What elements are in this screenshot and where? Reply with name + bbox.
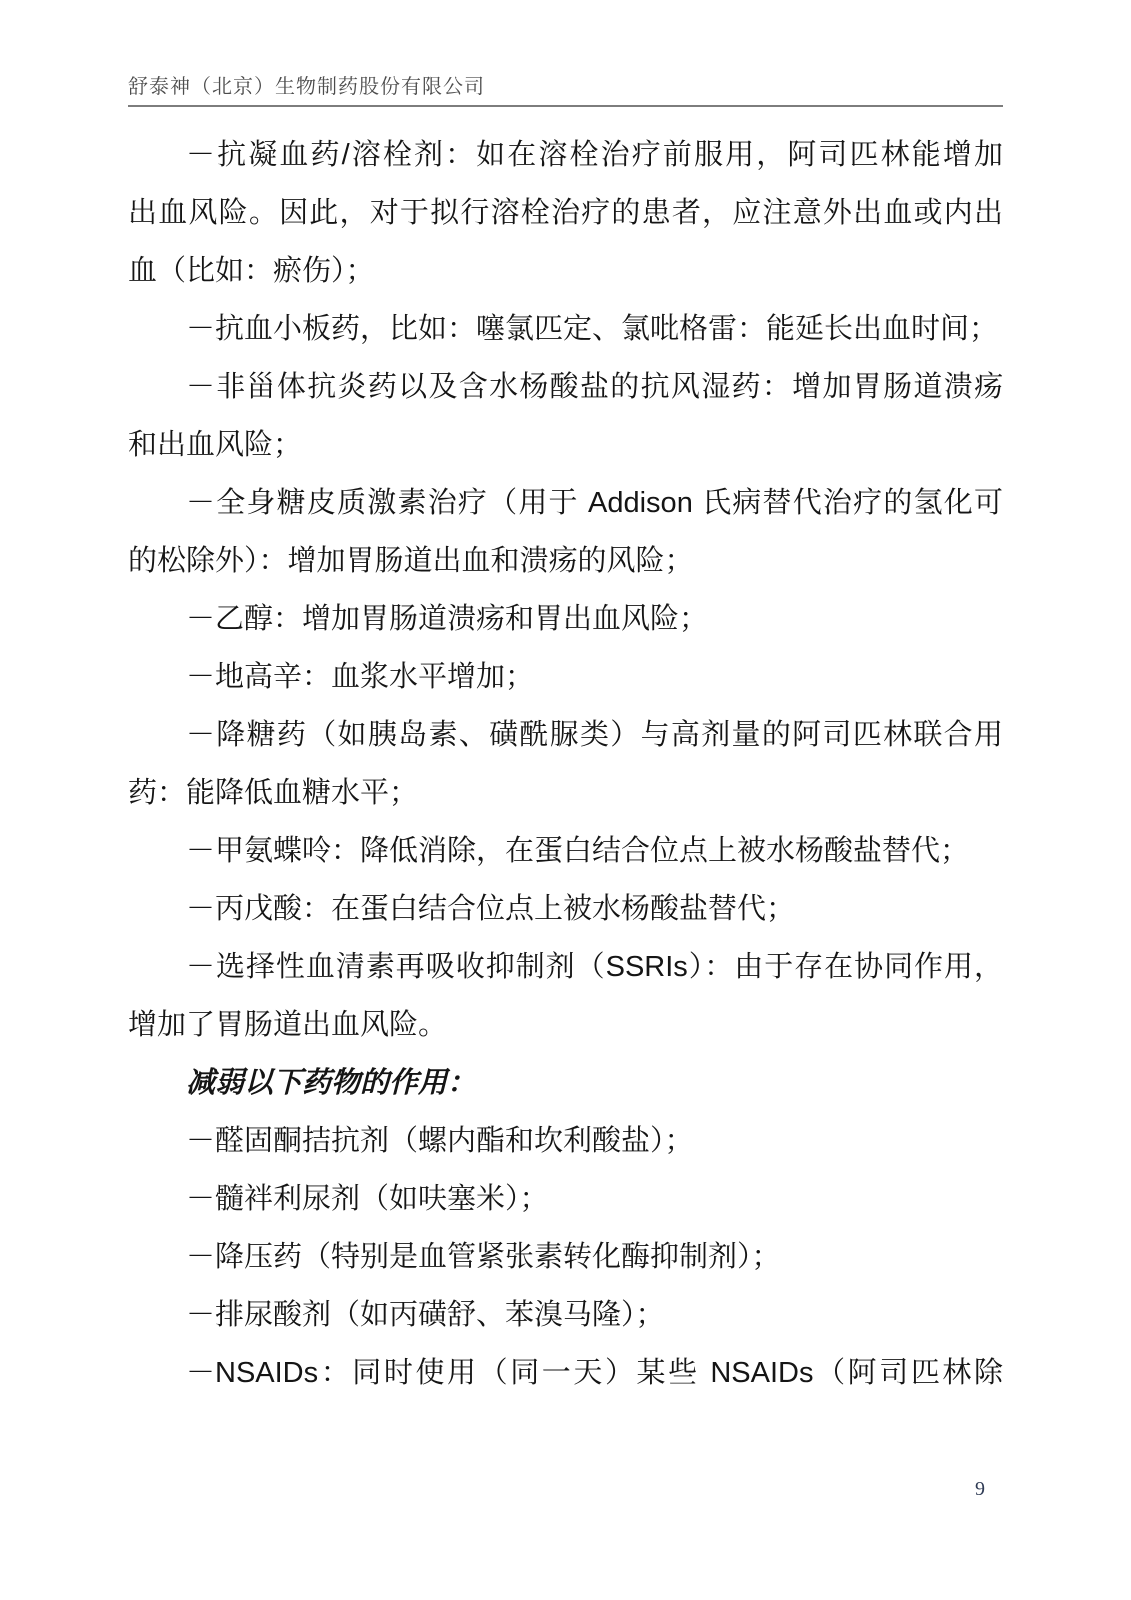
body-line: －非甾体抗炎药以及含水杨酸盐的抗风湿药：增加胃肠道溃疡 xyxy=(128,358,1003,416)
body-line: －乙醇：增加胃肠道溃疡和胃出血风险； xyxy=(128,590,1003,648)
body-line: 药：能降低血糖水平； xyxy=(128,764,1003,822)
header-company-name: 舒泰神（北京）生物制药股份有限公司 xyxy=(128,70,1003,99)
body-line: －丙戊酸：在蛋白结合位点上被水杨酸盐替代； xyxy=(128,880,1003,938)
document-page: 舒泰神（北京）生物制药股份有限公司 －抗凝血药/溶栓剂：如在溶栓治疗前服用，阿司… xyxy=(0,0,1131,1600)
body-line: 和出血风险； xyxy=(128,416,1003,474)
body-line: 血（比如：瘀伤）； xyxy=(128,242,1003,300)
body-line: －排尿酸剂（如丙磺舒、苯溴马隆）； xyxy=(128,1286,1003,1344)
body-line: －髓袢利尿剂（如呋塞米）； xyxy=(128,1170,1003,1228)
page-number: 9 xyxy=(975,1478,985,1501)
body-line: －选择性血清素再吸收抑制剂（SSRIs）：由于存在协同作用， xyxy=(128,938,1003,996)
body-line: 出血风险。因此，对于拟行溶栓治疗的患者，应注意外出血或内出 xyxy=(128,184,1003,242)
body-line: －降糖药（如胰岛素、磺酰脲类）与高剂量的阿司匹林联合用 xyxy=(128,706,1003,764)
section-heading: 减弱以下药物的作用： xyxy=(128,1054,1003,1112)
header-rule xyxy=(128,105,1003,107)
body-line: －降压药（特别是血管紧张素转化酶抑制剂）； xyxy=(128,1228,1003,1286)
body-line: －NSAIDs：同时使用（同一天）某些 NSAIDs（阿司匹林除 xyxy=(128,1344,1003,1402)
body-line: －全身糖皮质激素治疗（用于 Addison 氏病替代治疗的氢化可 xyxy=(128,474,1003,532)
body-line: －醛固酮拮抗剂（螺内酯和坎利酸盐）； xyxy=(128,1112,1003,1170)
body-line: 的松除外）：增加胃肠道出血和溃疡的风险； xyxy=(128,532,1003,590)
body-line: －地高辛：血浆水平增加； xyxy=(128,648,1003,706)
body-line: 增加了胃肠道出血风险。 xyxy=(128,996,1003,1054)
document-body: －抗凝血药/溶栓剂：如在溶栓治疗前服用，阿司匹林能增加 出血风险。因此，对于拟行… xyxy=(128,126,1003,1402)
body-line: －抗血小板药，比如：噻氯匹定、氯吡格雷：能延长出血时间； xyxy=(128,300,1003,358)
body-line: －抗凝血药/溶栓剂：如在溶栓治疗前服用，阿司匹林能增加 xyxy=(128,126,1003,184)
body-line: －甲氨蝶呤：降低消除，在蛋白结合位点上被水杨酸盐替代； xyxy=(128,822,1003,880)
